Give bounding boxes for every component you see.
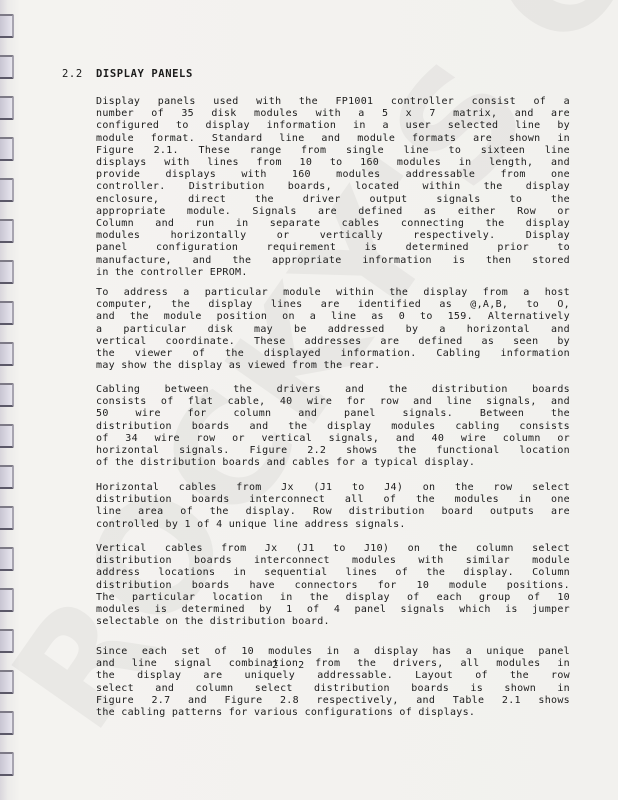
- text-line: distribution boards interconnect modules…: [96, 555, 570, 567]
- text-line: 50 wire for column and panel signals. Be…: [96, 408, 570, 420]
- text-line: The particular location in the display o…: [96, 592, 570, 604]
- text-line: may show the display as viewed from the …: [96, 360, 570, 372]
- page-number: 2 - 2: [272, 660, 332, 671]
- binding-ring: [0, 301, 14, 325]
- text-line: provide displays with 160 modules addres…: [96, 169, 570, 181]
- section-title: DISPLAY PANELS: [96, 68, 193, 82]
- text-line: appropriate module. Signals are defined …: [96, 206, 570, 218]
- text-line: module format. Standard line and module …: [96, 133, 570, 145]
- text-line: consists of flat cable, 40 wire for row …: [96, 396, 570, 408]
- text-line: vertical coordinate. These addresses are…: [96, 336, 570, 348]
- text-line: panel configuration requirement is deter…: [96, 242, 570, 254]
- text-line: distribution boards and the display modu…: [96, 421, 570, 433]
- text-line: computer, the display lines are identifi…: [96, 299, 570, 311]
- paragraph-unique-addressing: Since each set of 10 modules in a displa…: [96, 646, 570, 719]
- spiral-binding: [0, 0, 14, 800]
- text-line: line area of the display. Row distributi…: [96, 506, 570, 518]
- text-line: select and column select distribution bo…: [96, 683, 570, 695]
- text-line: selectable on the distribution board.: [96, 616, 570, 628]
- text-line: Horizontal cables from Jx (J1 to J4) on …: [96, 482, 570, 494]
- text-line: Display panels used with the FP1001 cont…: [96, 96, 570, 108]
- text-line: horizontal signals. Figure 2.2 shows the…: [96, 445, 570, 457]
- text-line: a particular disk may be addressed by a …: [96, 324, 570, 336]
- binding-ring: [0, 506, 14, 530]
- text-line: the viewer of the displayed information.…: [96, 348, 570, 360]
- binding-ring: [0, 424, 14, 448]
- binding-ring: [0, 670, 14, 694]
- section-number: 2.2: [62, 68, 96, 82]
- binding-ring: [0, 96, 14, 120]
- binding-ring: [0, 178, 14, 202]
- section-heading: 2.2 DISPLAY PANELS: [62, 68, 572, 82]
- text-line: and line signal combination from the dri…: [96, 658, 570, 670]
- text-line: controlled by 1 of 4 unique line address…: [96, 519, 570, 531]
- text-line: Column and run in separate cables connec…: [96, 218, 570, 230]
- binding-ring: [0, 588, 14, 612]
- text-line: Since each set of 10 modules in a displa…: [96, 646, 570, 658]
- binding-ring: [0, 711, 14, 735]
- text-line: modules is determined by 1 of 4 panel si…: [96, 604, 570, 616]
- text-line: distribution boards have connectors for …: [96, 580, 570, 592]
- binding-ring: [0, 465, 14, 489]
- binding-ring: [0, 14, 14, 38]
- text-line: the display are uniquely addressable. La…: [96, 670, 570, 682]
- paragraph-display-panels-intro: Display panels used with the FP1001 cont…: [96, 96, 570, 279]
- binding-ring: [0, 260, 14, 284]
- paragraph-horizontal-cables: Horizontal cables from Jx (J1 to J4) on …: [96, 482, 570, 531]
- binding-ring: [0, 547, 14, 571]
- paragraph-module-addressing: To address a particular module within th…: [96, 287, 570, 372]
- text-line: distribution boards interconnect all of …: [96, 494, 570, 506]
- paragraph-cabling: Cabling between the drivers and the dist…: [96, 384, 570, 469]
- text-line: manufacture, and the appropriate informa…: [96, 255, 570, 267]
- binding-ring: [0, 629, 14, 653]
- binding-ring: [0, 55, 14, 79]
- binding-ring: [0, 342, 14, 366]
- text-line: configured to display information in a u…: [96, 120, 570, 132]
- text-line: address locations in sequential lines of…: [96, 567, 570, 579]
- text-line: modules horizontally or vertically respe…: [96, 230, 570, 242]
- text-line: enclosure, direct the driver output sign…: [96, 194, 570, 206]
- text-line: To address a particular module within th…: [96, 287, 570, 299]
- text-line: of the distribution boards and cables fo…: [96, 457, 570, 469]
- text-line: Vertical cables from Jx (J1 to J10) on t…: [96, 543, 570, 555]
- text-line: of 34 wire row or vertical signals, and …: [96, 433, 570, 445]
- binding-ring: [0, 137, 14, 161]
- page-content: 2.2 DISPLAY PANELS Display panels used w…: [62, 68, 572, 82]
- text-line: Figure 2.7 and Figure 2.8 respectively, …: [96, 695, 570, 707]
- binding-ring: [0, 752, 14, 776]
- binding-ring: [0, 383, 14, 407]
- text-line: Cabling between the drivers and the dist…: [96, 384, 570, 396]
- binding-ring: [0, 219, 14, 243]
- text-line: Figure 2.1. These range from single line…: [96, 145, 570, 157]
- text-line: number of 35 disk modules with a 5 x 7 m…: [96, 108, 570, 120]
- paragraph-vertical-cables: Vertical cables from Jx (J1 to J10) on t…: [96, 543, 570, 628]
- text-line: the cabling patterns for various configu…: [96, 707, 570, 719]
- document-page: ROCKY'S COMPUTER GALLERY 2.2 DISPLAY PAN…: [0, 0, 618, 800]
- text-line: in the controller EPROM.: [96, 267, 570, 279]
- text-line: displays with lines from 10 to 160 modul…: [96, 157, 570, 169]
- text-line: and the module position on a line as 0 t…: [96, 311, 570, 323]
- text-line: controller. Distribution boards, located…: [96, 181, 570, 193]
